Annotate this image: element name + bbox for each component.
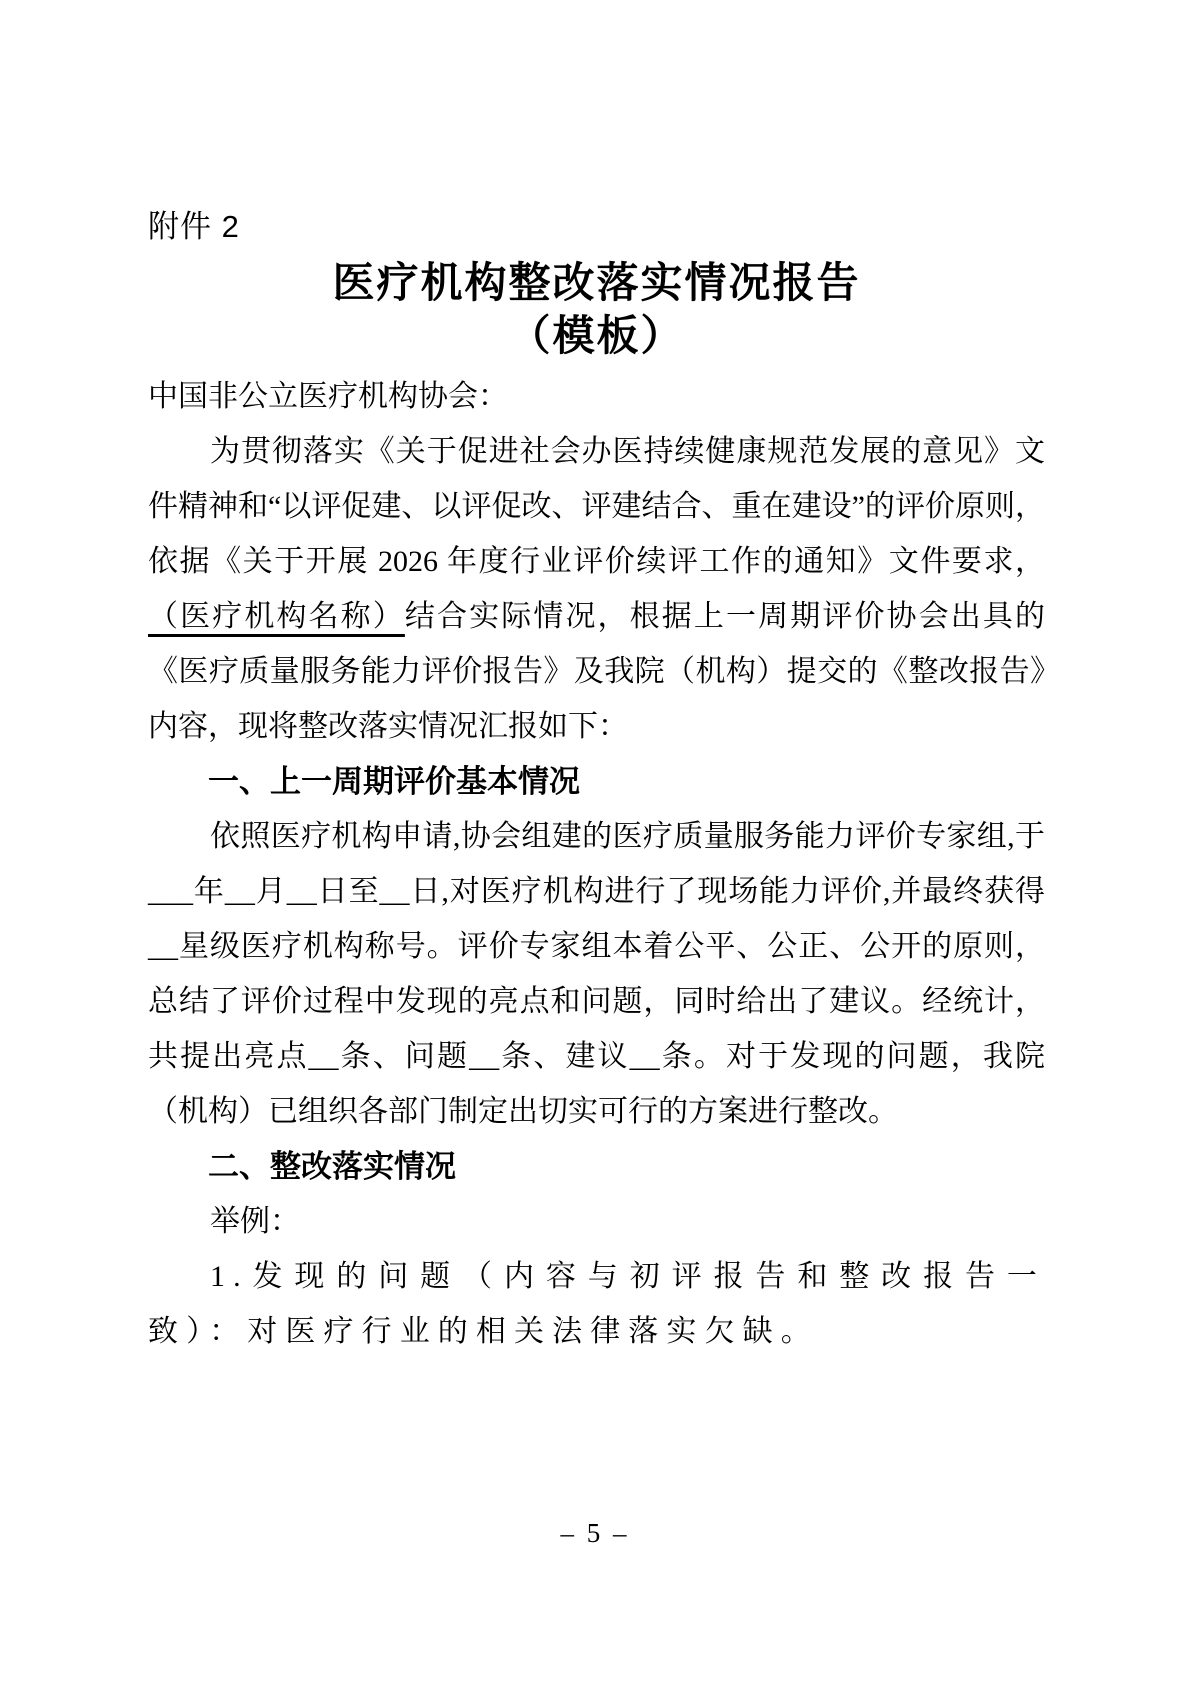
- section1-paragraph: 依照医疗机构申请,协会组建的医疗质量服务能力评价专家组,于___年__月__日至…: [148, 809, 1045, 1139]
- section2-example-label: 举例：: [148, 1194, 1045, 1249]
- page-number: – 5 –: [0, 1518, 1190, 1549]
- attachment-label: 附件 2: [148, 203, 1045, 251]
- document-title-line1: 医疗机构整改落实情况报告: [148, 256, 1045, 309]
- salutation: 中国非公立医疗机构协会：: [148, 369, 1045, 424]
- document-content: 附件 2 医疗机构整改落实情况报告 （模板） 中国非公立医疗机构协会： 为贯彻落…: [148, 203, 1045, 1359]
- document-title-line2: （模板）: [148, 309, 1045, 362]
- section1-heading: 一、上一周期评价基本情况: [148, 754, 1045, 809]
- intro-paragraph-seg1: 为贯彻落实《关于促进社会办医持续健康规范发展的意见》文件精神和“以评促建、以评促…: [148, 435, 1045, 578]
- institution-name-blank: （医疗机构名称）: [148, 600, 405, 633]
- document-title: 医疗机构整改落实情况报告 （模板）: [148, 256, 1045, 362]
- section2-item1-paragraph: 1.发现的问题（内容与初评报告和整改报告一致）：对医疗行业的相关法律落实欠缺。: [148, 1249, 1045, 1359]
- document-body: 中国非公立医疗机构协会： 为贯彻落实《关于促进社会办医持续健康规范发展的意见》文…: [148, 369, 1045, 1359]
- intro-paragraph: 为贯彻落实《关于促进社会办医持续健康规范发展的意见》文件精神和“以评促建、以评促…: [148, 424, 1045, 754]
- section2-heading: 二、整改落实情况: [148, 1139, 1045, 1194]
- document-page: 附件 2 医疗机构整改落实情况报告 （模板） 中国非公立医疗机构协会： 为贯彻落…: [0, 0, 1190, 1683]
